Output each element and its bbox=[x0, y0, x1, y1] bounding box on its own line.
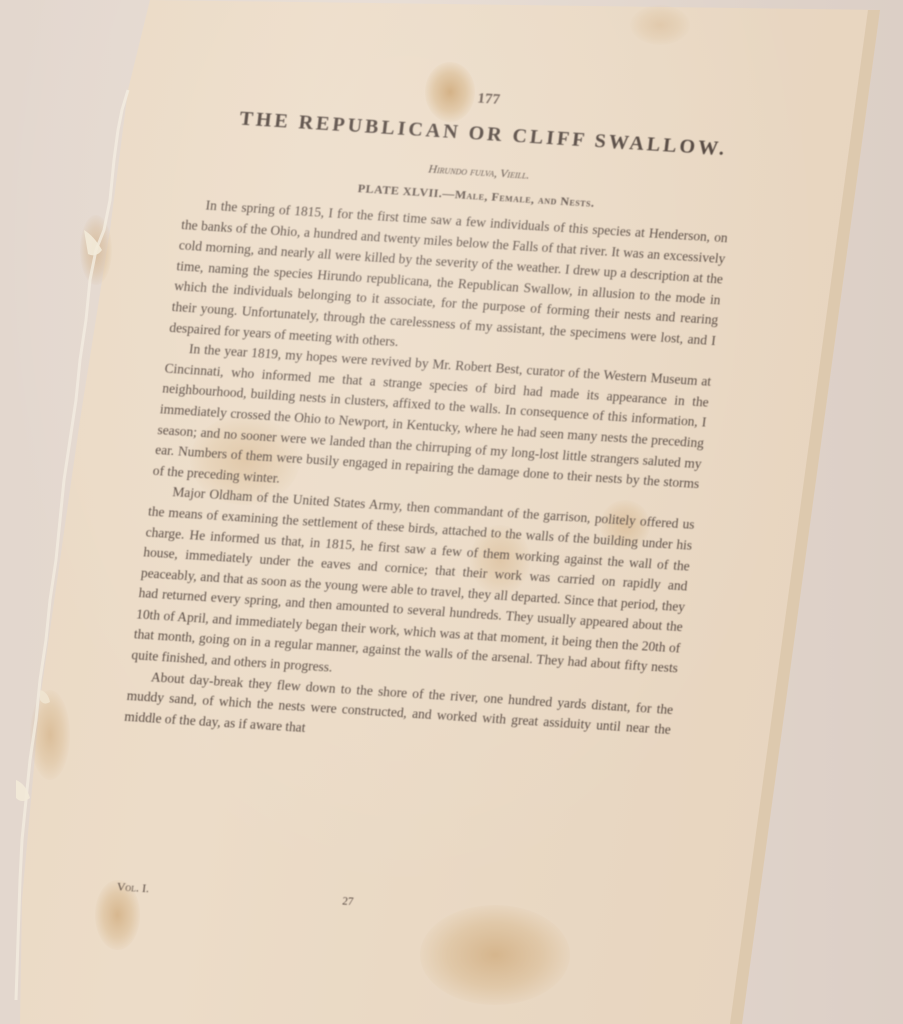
footer-volume-label: Vol. I. bbox=[116, 879, 150, 896]
footer-signature-mark: 27 bbox=[342, 896, 354, 909]
body-text: In the spring of 1815, I for the first t… bbox=[123, 194, 729, 761]
page-number: 177 bbox=[476, 91, 500, 109]
stain-top-right bbox=[630, 5, 690, 45]
printed-page: 177 THE REPUBLICAN OR CLIFF SWALLOW. Hir… bbox=[16, 60, 758, 995]
paragraph: Major Oldham of the United States Army, … bbox=[130, 481, 695, 700]
